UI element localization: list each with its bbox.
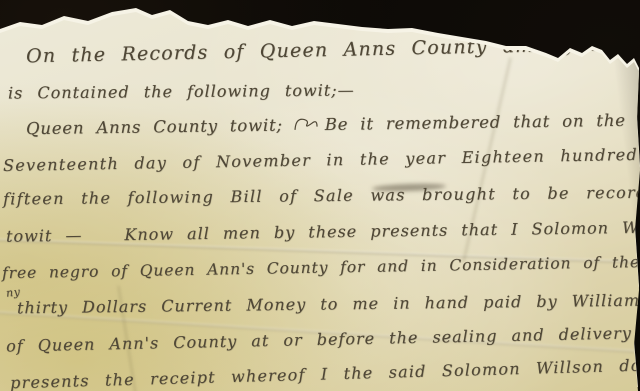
manuscript-line-1: On the Records of Queen Anns County amon… bbox=[26, 31, 640, 68]
manuscript-line-4: Seventeenth day of November in the year … bbox=[3, 144, 640, 175]
manuscript-line-3: Queen Anns County towit;Be it remembered… bbox=[26, 110, 626, 140]
manuscript-line-6: towit —Know all men by these presents th… bbox=[6, 217, 640, 246]
manuscript-line-6-body: Know all men by these presents that I So… bbox=[124, 217, 640, 244]
scribal-flourish-icon bbox=[293, 114, 319, 136]
photo-of-manuscript: On the Records of Queen Anns County amon… bbox=[0, 0, 640, 391]
manuscript-line-9: of Queen Ann's County at or before the s… bbox=[6, 321, 640, 355]
manuscript-line-8: thirty Dollars Current Money to me in ha… bbox=[17, 290, 640, 318]
manuscript-line-10: presents the receipt whereof I the said … bbox=[10, 355, 640, 391]
manuscript-line-2: is Contained the following towit;— bbox=[8, 80, 355, 102]
manuscript-line-3-second: Be it remembered that on the bbox=[325, 111, 626, 134]
manuscript-line-7: free negro of Queen Ann's County for and… bbox=[2, 252, 640, 283]
manuscript-line-3-first: Queen Anns County towit; bbox=[26, 116, 283, 139]
manuscript-line-5: fifteen the following Bill of Sale was b… bbox=[3, 183, 640, 209]
manuscript-line-6-prefix: towit — bbox=[6, 226, 83, 246]
manuscript-paper: On the Records of Queen Anns County amon… bbox=[0, 0, 640, 391]
